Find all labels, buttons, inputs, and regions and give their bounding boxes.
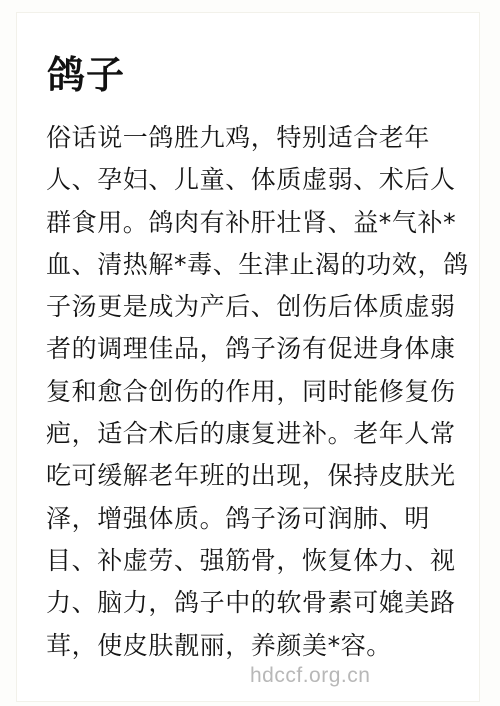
body-line: 力、脑力，鸽子中的软骨素可媲美路	[46, 582, 456, 624]
article-title: 鸽子	[47, 50, 125, 100]
body-line: 吃可缓解老年班的出现，保持皮肤光	[46, 455, 456, 497]
body-line: 泽，增强体质。鸽子汤可润肺、明	[46, 498, 456, 540]
body-line: 血、清热解*毒、生津止渴的功效，鸽	[46, 244, 456, 286]
body-line: 茸，使皮肤靓丽，养颜美*容。	[46, 625, 456, 667]
article-body: 俗话说一鸽胜九鸡，特别适合老年 人、孕妇、儿童、体质虚弱、术后人 群食用。鸽肉有…	[46, 117, 456, 667]
body-line: 目、补虚劳、强筋骨，恢复体力、视	[46, 540, 456, 582]
site-watermark: hdccf.org.cn	[250, 664, 370, 688]
body-line: 者的调理佳品，鸽子汤有促进身体康	[46, 328, 456, 370]
body-line: 人、孕妇、儿童、体质虚弱、术后人	[46, 159, 456, 201]
body-line: 俗话说一鸽胜九鸡，特别适合老年	[46, 117, 456, 159]
body-line: 子汤更是成为产后、创伤后体质虚弱	[46, 286, 456, 328]
body-line: 群食用。鸽肉有补肝壮肾、益*气补*	[46, 202, 456, 244]
body-line: 复和愈合创伤的作用，同时能修复伤	[46, 371, 456, 413]
body-line: 疤，适合术后的康复进补。老年人常	[46, 413, 456, 455]
